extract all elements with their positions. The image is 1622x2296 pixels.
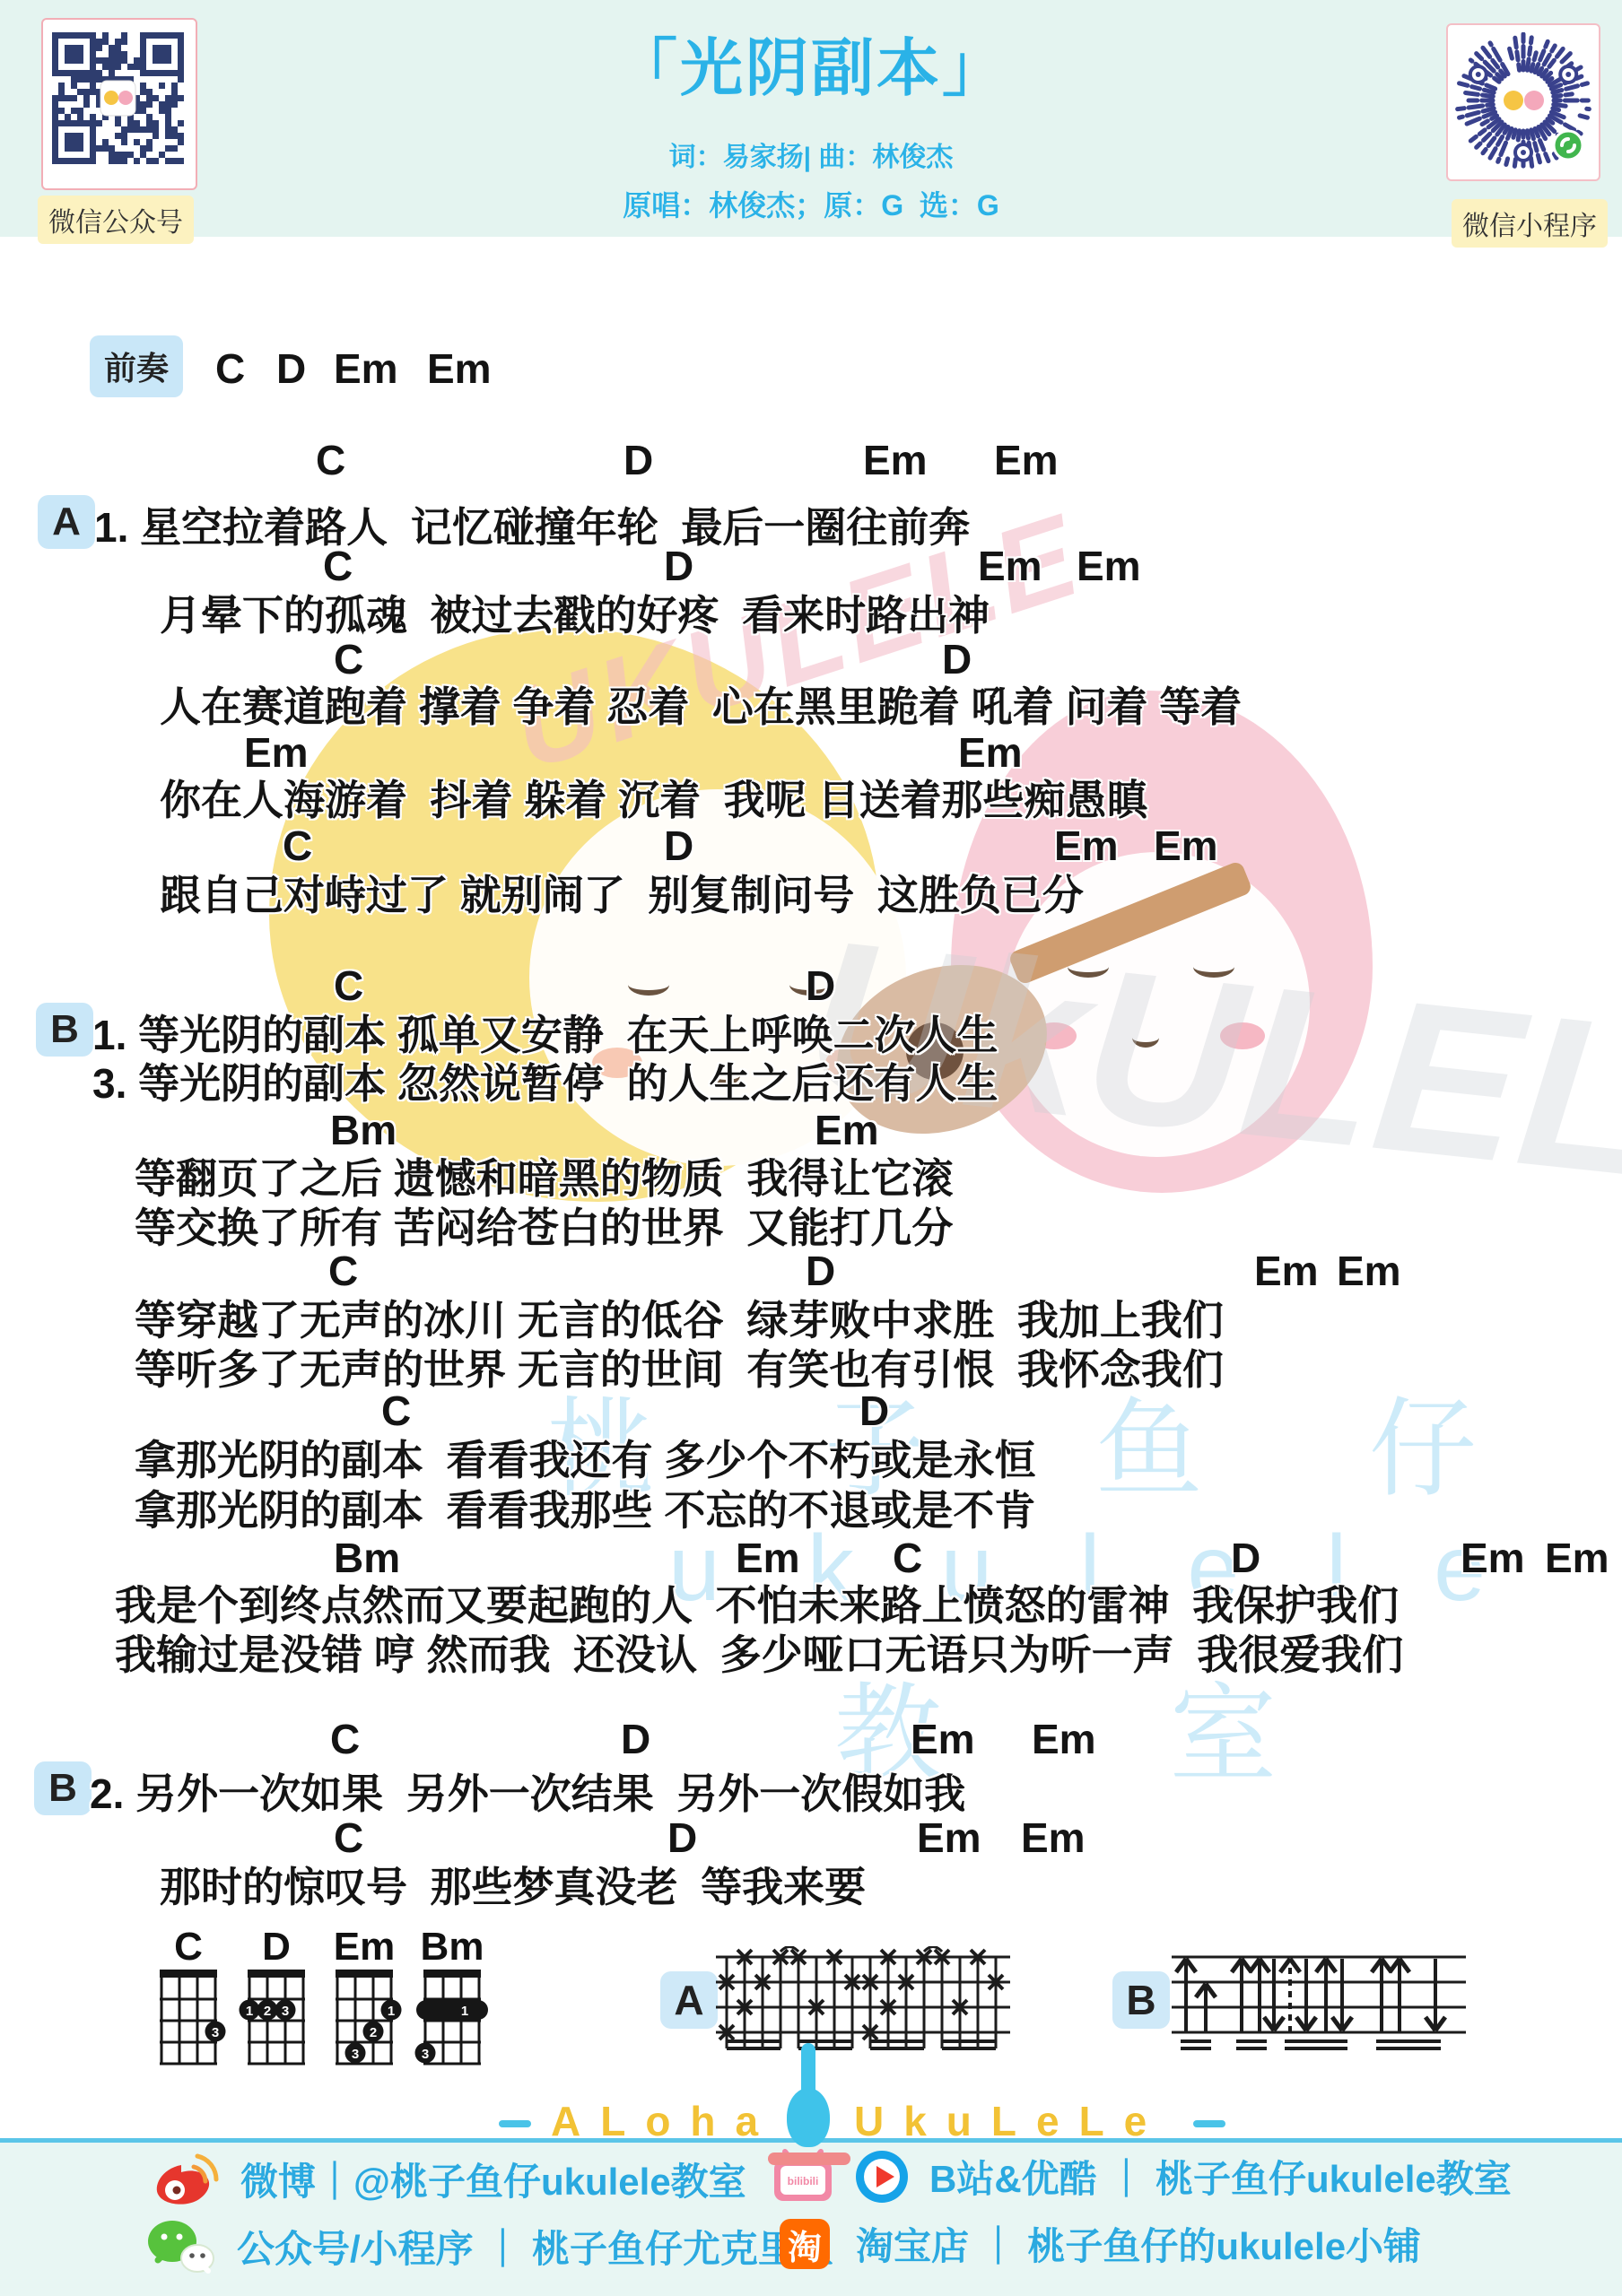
chord-label: Em <box>917 1813 981 1862</box>
section-badge: A <box>38 495 95 549</box>
lyric-line: 等交换了所有 苦闷给苍白的世界 又能打几分 <box>135 1196 953 1255</box>
footer-text: B站&优酷 ｜ 桃子鱼仔ukulele教室 <box>929 2150 1512 2204</box>
svg-text:2: 2 <box>370 2025 377 2040</box>
svg-text:3: 3 <box>422 2047 429 2062</box>
brand-pink-bar <box>768 2152 850 2165</box>
chord-diagram-name: D <box>239 1925 314 1970</box>
credits-line: 词：易家扬| 曲：林俊杰 <box>0 135 1622 174</box>
chord-sheet-page: UKULELE UkULELE 桃 子 鱼 仔 u k u l e l e 教 … <box>0 0 1622 2296</box>
footer-item-weibo[interactable]: 微博｜@桃子鱼仔ukulele教室 <box>151 2151 746 2208</box>
chord-label: D <box>667 1813 697 1862</box>
watermark-girl-mouth <box>713 1065 740 1085</box>
brand-dash-left <box>499 2120 531 2127</box>
qr-label-left: 微信公众号 <box>38 196 194 244</box>
intro-label: 前奏 <box>90 335 183 397</box>
footer-item-wechat[interactable]: 公众号/小程序 ｜ 桃子鱼仔尤克里里 <box>145 2217 833 2276</box>
qr-label-right: 微信小程序 <box>1452 199 1608 248</box>
qr-pattern <box>52 32 184 164</box>
section-badge: B <box>36 1003 93 1057</box>
chord-diagram-name: Bm <box>414 1925 490 1970</box>
chord-diagram-name: Em <box>327 1925 402 1970</box>
chord-label: C <box>330 1715 360 1763</box>
strum-pattern-b-label: B <box>1112 1971 1170 2029</box>
watermark-text-ukulele: u k u l e l e <box>668 1516 1516 1622</box>
chord-grid: 3 <box>151 1970 226 2070</box>
lyric-line: 1. 星空拉着路人 记忆碰撞年轮 最后一圈往前奔 <box>94 495 970 554</box>
chord-label: D <box>624 436 653 484</box>
miniprogram-code[interactable] <box>1446 23 1600 181</box>
watermark-girl-eye <box>628 974 669 996</box>
chord-label: D <box>276 344 306 393</box>
footer-text: 公众号/小程序 ｜ 桃子鱼仔尤克里里 <box>237 2220 833 2274</box>
footer-item-bilibili-youku[interactable]: bilibili B站&优酷 ｜ 桃子鱼仔ukulele教室 <box>772 2149 1512 2205</box>
chord-diagram-D: D123 <box>239 1925 314 2070</box>
svg-text:1: 1 <box>461 2004 468 2019</box>
chord-grid: 13 <box>414 1970 490 2070</box>
chord-label: Em <box>334 344 398 393</box>
chord-diagram-Em: Em123 <box>327 1925 402 2070</box>
watermark-text-jiaoshi: 教 室 <box>834 1648 1375 1803</box>
brand-aloha: ALoha <box>551 2097 778 2145</box>
wechat-qr-code[interactable] <box>41 18 197 190</box>
chord-label: C <box>215 344 245 393</box>
watermark-girl-blush <box>592 1048 642 1078</box>
taobao-icon: 淘 <box>780 2219 830 2269</box>
chord-label: Em <box>1545 1534 1609 1582</box>
wechat-icon <box>145 2217 217 2276</box>
chord-label: Em <box>863 436 928 484</box>
strum-pattern-a-diagram <box>711 1946 1016 2063</box>
svg-text:3: 3 <box>352 2047 359 2062</box>
footer-text: 淘宝店 ｜ 桃子鱼仔的ukulele小铺 <box>856 2217 1421 2271</box>
miniprogram-pattern <box>1455 32 1591 169</box>
chord-label: C <box>323 542 353 590</box>
chord-label: C <box>381 1387 411 1435</box>
svg-text:2: 2 <box>264 2004 271 2019</box>
chord-label: Em <box>427 344 492 393</box>
weibo-icon <box>151 2151 221 2208</box>
chord-grid: 123 <box>327 1970 402 2070</box>
header: 「光阴副本」 词：易家扬| 曲：林俊杰 原唱：林俊杰；原：G 选：G <box>0 0 1622 237</box>
footer-text: 微博｜@桃子鱼仔ukulele教室 <box>240 2152 746 2206</box>
strum-pattern-a-label: A <box>660 1971 718 2029</box>
key-info-line: 原唱：林俊杰；原：G 选：G <box>0 183 1622 224</box>
youku-icon <box>854 2149 910 2205</box>
chord-grid: 123 <box>239 1970 314 2070</box>
lyric-line: 那时的惊叹号 那些梦真没老 等我来要 <box>160 1855 866 1914</box>
svg-text:3: 3 <box>212 2025 219 2040</box>
lyric-line: 等穿越了无声的冰川 无言的低谷 绿芽败中求胜 我加上我们 <box>135 1288 1224 1347</box>
chord-label: C <box>316 436 345 484</box>
strum-pattern-b-diagram <box>1166 1946 1471 2063</box>
chord-label: Em <box>244 728 309 777</box>
chord-label: Em <box>1021 1813 1086 1862</box>
brand-ukulele: UkuLeLe <box>854 2097 1166 2145</box>
chord-diagram-C: C3 <box>151 1925 226 2070</box>
svg-text:1: 1 <box>388 2004 395 2019</box>
song-title: 「光阴副本」 <box>0 18 1622 109</box>
chord-label: D <box>621 1715 650 1763</box>
chord-label: Em <box>1337 1247 1401 1295</box>
svg-text:1: 1 <box>246 2004 253 2019</box>
chord-label: Em <box>1254 1247 1319 1295</box>
chord-label: C <box>334 635 363 683</box>
ukulele-icon-body <box>787 2088 830 2147</box>
chord-label: Em <box>994 436 1059 484</box>
chord-label: D <box>806 1247 835 1295</box>
chord-label: D <box>664 542 693 590</box>
svg-text:3: 3 <box>282 2004 289 2019</box>
chord-label: Bm <box>334 1534 400 1582</box>
section-badge: B <box>34 1761 92 1815</box>
watermark-script-gray: UkULELE <box>798 891 1622 1240</box>
chord-label: C <box>334 1813 363 1862</box>
watermark-text-taozi-yuzai: 桃 子 鱼 仔 <box>547 1363 1545 1518</box>
brand-dash-right <box>1193 2120 1225 2127</box>
footer-item-taobao[interactable]: 淘 淘宝店 ｜ 桃子鱼仔的ukulele小铺 <box>773 2217 1421 2271</box>
chord-diagram-Bm: Bm13 <box>414 1925 490 2070</box>
chord-label: C <box>328 1247 358 1295</box>
chord-diagram-name: C <box>151 1925 226 1970</box>
svg-text:bilibili: bilibili <box>788 2175 819 2187</box>
